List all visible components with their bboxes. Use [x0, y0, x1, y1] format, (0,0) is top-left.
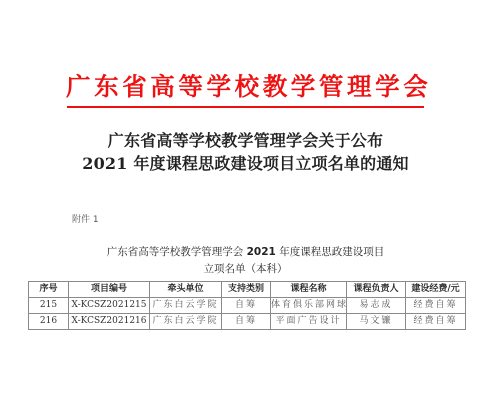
list-heading-line-1: 广东省高等学校教学管理学会 2021 年度课程思政建设项目: [0, 245, 491, 259]
cell-project-code: X-KCSZ2021216: [69, 314, 150, 330]
header-lead-unit: 牵头单位: [150, 282, 222, 298]
masthead-red-rule: [67, 106, 424, 108]
project-list-table: 序号 项目编号 牵头单位 支持类别 课程名称 课程负责人 建设经费/元 215 …: [28, 281, 466, 330]
list-heading-suffix: 年度课程思政建设项目: [276, 246, 384, 258]
cell-seq: 215: [29, 298, 69, 314]
header-project-code: 项目编号: [69, 282, 150, 298]
list-heading-prefix: 广东省高等学校教学管理学会: [107, 246, 247, 258]
header-course-lead: 课程负责人: [347, 282, 406, 298]
list-heading-year: 2021: [247, 246, 276, 258]
table-header-row: 序号 项目编号 牵头单位 支持类别 课程名称 课程负责人 建设经费/元: [29, 282, 466, 298]
header-seq: 序号: [29, 282, 69, 298]
notice-title-line-2: 2021 年度课程思政建设项目立项名单的通知: [0, 154, 491, 174]
cell-project-code: X-KCSZ2021215: [69, 298, 150, 314]
cell-course-lead: 马文镰: [347, 314, 406, 330]
cell-course-name: 体育俱乐部网球: [271, 298, 347, 314]
table-row: 216 X-KCSZ2021216 广东白云学院 自筹 平面广告设计 马文镰 经…: [29, 314, 466, 330]
cell-course-name: 平面广告设计: [271, 314, 347, 330]
notice-title-line-1: 广东省高等学校教学管理学会关于公布: [0, 131, 491, 151]
header-funding: 建设经费/元: [406, 282, 466, 298]
cell-course-lead: 易志成: [347, 298, 406, 314]
cell-seq: 216: [29, 314, 69, 330]
cell-lead-unit: 广东白云学院: [150, 298, 222, 314]
table-row: 215 X-KCSZ2021215 广东白云学院 自筹 体育俱乐部网球 易志成 …: [29, 298, 466, 314]
cell-lead-unit: 广东白云学院: [150, 314, 222, 330]
cell-funding: 经费自筹: [406, 298, 466, 314]
list-heading-line-2: 立项名单（本科）: [0, 262, 491, 276]
cell-support-type: 自筹: [222, 314, 271, 330]
masthead-organization-name: 广东省高等学校教学管理学会: [66, 72, 424, 102]
cell-support-type: 自筹: [222, 298, 271, 314]
attachment-label: 附件 1: [72, 214, 99, 226]
cell-funding: 经费自筹: [406, 314, 466, 330]
header-course-name: 课程名称: [271, 282, 347, 298]
header-support-type: 支持类别: [222, 282, 271, 298]
